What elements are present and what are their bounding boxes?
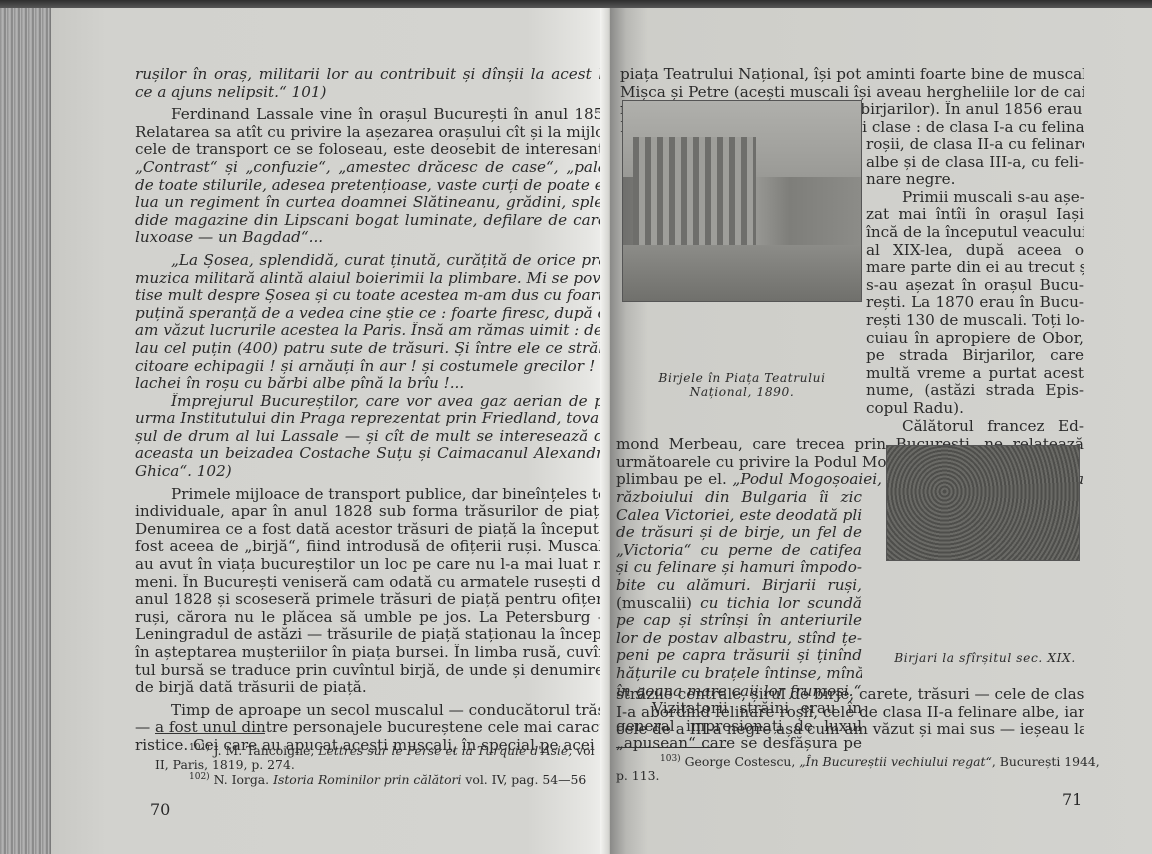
text-line: pe strada Birjarilor, care (866, 347, 1084, 365)
left-page-body: rușilor în oraș, militarii lor au contri… (135, 66, 613, 755)
text-line: au avut în viața bucureștilor un loc pe … (135, 556, 613, 574)
footnote-author: N. Iorga. (214, 772, 273, 787)
footnote-103: 103) George Costescu, „În Bucureștii vec… (616, 752, 1100, 783)
footnote-continuation: p. 113. (616, 768, 659, 783)
text-line: nume, (astăzi strada Epis- (866, 382, 1084, 400)
footnote-title: Lettres sur le Perse et la Turquie d'Asi… (318, 743, 572, 758)
text-line: rușilor în oraș, militarii lor au contri… (135, 66, 613, 84)
footnote-rule (155, 733, 265, 734)
text-line: lachei în roșu cu bărbi albe pînă la brî… (135, 375, 613, 393)
text-line: aceasta un beizadea Costache Suțu și Cai… (135, 445, 613, 463)
footnote-author: J. M. Tancoigne, (214, 743, 319, 758)
text-line: Timp de aproape un secol muscalul — cond… (135, 702, 613, 720)
text-line: peni pe capra trăsurii și ținînd (616, 647, 862, 665)
text-line: „Contrast“ și „confuzie“, „amestec drăce… (135, 159, 613, 177)
text-line: tise mult despre Șosea și cu toate acest… (135, 287, 613, 305)
text-line: Împrejurul Bucureștilor, care vor avea g… (135, 393, 613, 411)
text-line: Primele mijloace de transport publice, d… (135, 486, 613, 504)
text-line: lor de postav albastru, stînd țe- (616, 630, 862, 648)
text-line: bite cu alămuri. Birjarii ruși, (616, 577, 862, 595)
text-line: copul Radu). (866, 400, 1084, 418)
text-line: Ghica“. 102) (135, 463, 613, 481)
text-line: de trăsuri și de birje, un fel de (616, 524, 862, 542)
text-line: anul 1828 și scoseseră primele trăsuri d… (135, 591, 613, 609)
footnote-tail: , București 1944, (992, 754, 1100, 769)
right-side-column: roșii, de clasa II-a cu felinarealbe și … (866, 136, 1084, 435)
footnote-author: George Costescu, (685, 754, 800, 769)
text-line: cuiau în apropiere de Obor, (866, 330, 1084, 348)
text-line: „Victoria“ cu perne de catifea (616, 542, 862, 560)
footnote-tail: vol (572, 743, 594, 758)
text-line: și cu felinare și hamuri împodo- (616, 559, 862, 577)
caption-line: Birjele în Piața Teatrului (658, 371, 825, 385)
text-line: I-a abordînd felinare roșii, cele de cla… (616, 704, 1084, 722)
footnote-101: 101) J. M. Tancoigne, Lettres sur le Per… (155, 741, 595, 772)
text-line: șul de drum al lui Lassale — și cît de m… (135, 428, 613, 446)
text-line: ce a ajuns nelipsit.“ 101) (135, 84, 613, 102)
text-line: luxoase — un Bagdad“... (135, 229, 613, 247)
text-line: Leningradul de astăzi — trăsurile de pia… (135, 626, 613, 644)
page-number-left: 70 (150, 800, 170, 819)
text-line: „La Șosea, splendidă, curat ținută, cură… (135, 252, 613, 270)
footnote-title: Istoria Rominilor prin călători (273, 772, 461, 787)
text-line: încă de la începutul veacului (866, 224, 1084, 242)
footnote-title: „În Bucureștii vechiului regat“ (799, 754, 992, 769)
text-line: lua un regiment în curtea doamnei Slătin… (135, 194, 613, 212)
text-line: muzica militară alintă alaiul boierimii … (135, 270, 613, 288)
text-line: dide magazine din Lipscani bogat luminat… (135, 212, 613, 230)
right-page: piața Teatrului Național, își pot aminti… (610, 8, 1152, 854)
text-line: rești. La 1870 erau în Bucu- (866, 294, 1084, 312)
photo-birjari (886, 445, 1080, 561)
text-line: Denumirea ce a fost dată acestor trăsuri… (135, 521, 613, 539)
text-line: roșii, de clasa II-a cu felinare (866, 136, 1084, 154)
photo2-caption: Birjari la sfîrșitul sec. XIX. (880, 651, 1090, 665)
text-line: cele de a III-a negre așa cum am văzut ș… (616, 721, 1084, 739)
text-line: (muscalii) cu tichia lor scundă (616, 595, 862, 613)
page-number-right: 71 (1062, 790, 1082, 809)
text-line: de birjă dată trăsurii de piață. (135, 679, 613, 697)
text-line: Ferdinand Lassale vine în orașul Bucureș… (135, 106, 613, 124)
text-line: urma Institutului din Praga reprezentat … (135, 410, 613, 428)
right-bottom-paragraph: străzile centrale, șirul de birje, caret… (616, 686, 1084, 739)
footnote-number: 101) (189, 743, 210, 753)
text-line: Mișca și Petre (acești muscali își aveau… (620, 84, 1084, 102)
footnote-number: 102) (189, 772, 210, 782)
text-line: puțină speranță de a vedea cine știe ce … (135, 305, 613, 323)
text-line: lau cel puțin (400) patru sute de trăsur… (135, 340, 613, 358)
text-line: piața Teatrului Național, își pot aminti… (620, 66, 1084, 84)
left-page: rușilor în oraș, militarii lor au contri… (50, 8, 611, 854)
photo1-caption: Birjele în Piața Teatrului Național, 189… (632, 371, 852, 399)
caption-line: Național, 1890. (690, 385, 795, 399)
text-line: — a fost unul dintre personajele bucureș… (135, 719, 613, 737)
text-line: fost aceea de „birjă“, fiind introdusă d… (135, 538, 613, 556)
text-line: războiului din Bulgaria îi zic (616, 489, 862, 507)
footnote-102: 102) N. Iorga. Istoria Rominilor prin că… (155, 770, 586, 787)
text-line: citoare echipagii ! și arnăuți în aur ! … (135, 358, 613, 376)
footnote-number: 103) (660, 754, 681, 764)
text-line: rești 130 de muscali. Toți lo- (866, 312, 1084, 330)
text-line: de toate stilurile, adesea pretențioase,… (135, 177, 613, 195)
footnote-rule (616, 747, 726, 748)
text-line: zat mai întîi în orașul Iași (866, 206, 1084, 224)
text-line: al XIX-lea, după aceea o (866, 242, 1084, 260)
text-line: multă vreme a purtat acest (866, 365, 1084, 383)
text-line: mare parte din ei au trecut și (866, 259, 1084, 277)
text-line: meni. În București veniseră cam odată cu… (135, 574, 613, 592)
text-line: s-au așezat în orașul Bucu- (866, 277, 1084, 295)
text-line: individuale, apar în anul 1828 sub forma… (135, 503, 613, 521)
text-line: în așteptarea mușteriilor în piața burse… (135, 644, 613, 662)
text-line: tul bursă se traduce prin cuvîntul birjă… (135, 662, 613, 680)
photo-street (623, 245, 861, 301)
text-line: Călătorul francez Ed- (866, 418, 1084, 436)
text-line: ruși, cărora nu le plăcea să umble pe jo… (135, 609, 613, 627)
text-line: Relatarea sa atît cu privire la așezarea… (135, 124, 613, 142)
photo-building (633, 137, 757, 249)
text-line: cele de transport ce se foloseau, este d… (135, 141, 613, 159)
text-line: nare negre. (866, 171, 1084, 189)
text-line: hățurile cu brațele întinse, mînă (616, 665, 862, 683)
text-line: Calea Victoriei, este deodată plin (616, 507, 862, 525)
text-line: albe și de clasa III-a, cu feli- (866, 154, 1084, 172)
text-line: Primii muscali s-au așe- (866, 189, 1084, 207)
text-line: am văzut lucrurile acestea la Paris. Îns… (135, 322, 613, 340)
photo-teatrul-national (622, 100, 862, 302)
text-line: pe cap și strînși în anteriurile (616, 612, 862, 630)
text-line: străzile centrale, șirul de birje, caret… (616, 686, 1084, 704)
footnote-tail: vol. IV, pag. 54—56 (461, 772, 586, 787)
